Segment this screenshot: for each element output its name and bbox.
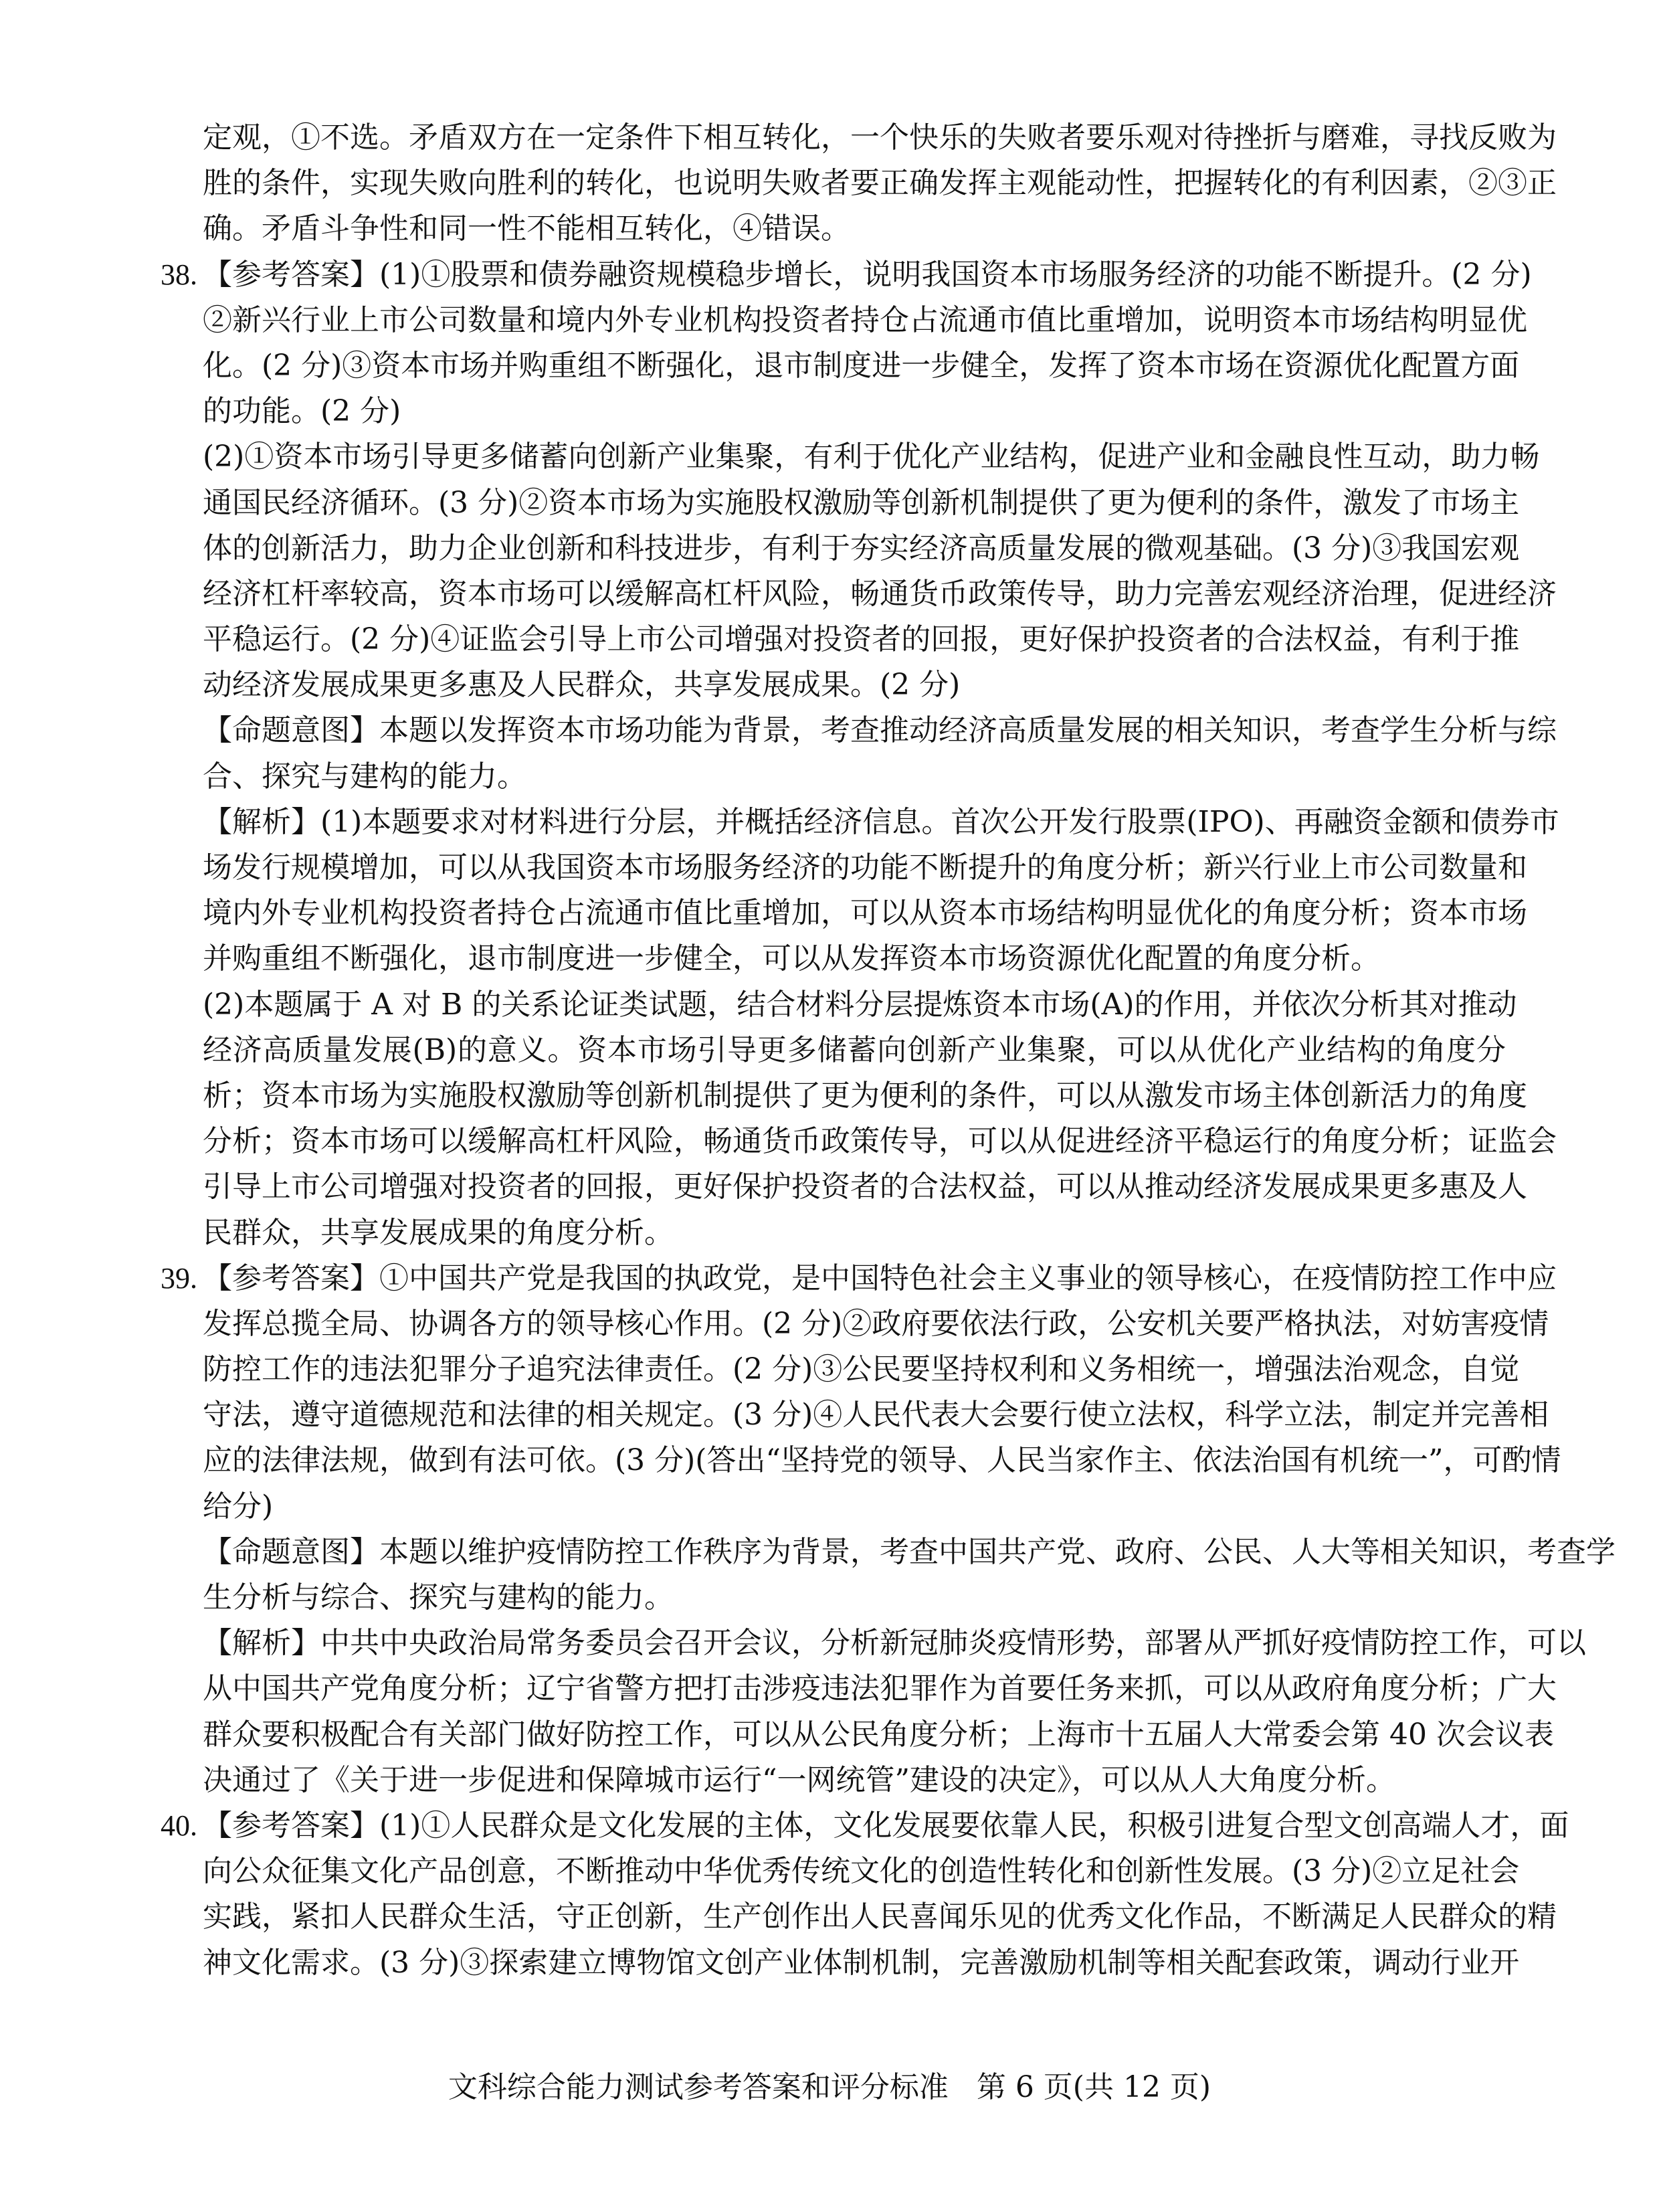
text-line: 定观，①不选。矛盾双方在一定条件下相互转化，一个快乐的失败者要乐观对待挫折与磨难…	[203, 115, 1506, 161]
text-line: 并购重组不断强化，退市制度进一步健全，可以从发挥资本市场资源优化配置的角度分析。	[203, 936, 1506, 982]
question-number: 38.	[161, 252, 197, 298]
intent-paragraph: 【命题意图】本题以维护疫情防控工作秩序为背景，考查中国共产党、政府、公民、人大等…	[203, 1530, 1506, 1621]
text-line: 通国民经济循环。(3 分)②资本市场为实施股权激励等创新机制提供了更为便利的条件…	[203, 480, 1506, 526]
text-line: 群众要积极配合有关部门做好防控工作，可以从公民角度分析；上海市十五届人大常委会第…	[203, 1712, 1506, 1758]
text-line: 给分)	[203, 1484, 1506, 1530]
footer-title: 文科综合能力测试参考答案和评分标准	[448, 2070, 949, 2104]
page-number: 第 6 页(共 12 页)	[977, 2070, 1211, 2104]
question-40: 40. 【参考答案】(1)①人民群众是文化发展的主体，文化发展要依靠人民，积极引…	[203, 1803, 1506, 1986]
text-line: 39. 【参考答案】①中国共产党是我国的执政党，是中国特色社会主义事业的领导核心…	[203, 1256, 1506, 1301]
document-page: 定观，①不选。矛盾双方在一定条件下相互转化，一个快乐的失败者要乐观对待挫折与磨难…	[0, 0, 1659, 2212]
text-line: 神文化需求。(3 分)③探索建立博物馆文创产业体制机制，完善激励机制等相关配套政…	[203, 1940, 1506, 1986]
text-line: 经济杠杆率较高，资本市场可以缓解高杠杆风险，畅通货币政策传导，助力完善宏观经济治…	[203, 571, 1506, 617]
answer-paragraph: 40. 【参考答案】(1)①人民群众是文化发展的主体，文化发展要依靠人民，积极引…	[203, 1803, 1506, 1986]
text-line: 守法，遵守道德规范和法律的相关规定。(3 分)④人民代表大会要行使立法权，科学立…	[203, 1392, 1506, 1438]
text-line: 合、探究与建构的能力。	[203, 754, 1506, 800]
answer-text: 【参考答案】①中国共产党是我国的执政党，是中国特色社会主义事业的领导核心，在疫情…	[203, 1261, 1557, 1295]
text-line: 【解析】(1)本题要求对材料进行分层，并概括经济信息。首次公开发行股票(IPO)…	[203, 800, 1506, 845]
text-line: 体的创新活力，助力企业创新和科技进步，有利于夯实经济高质量发展的微观基础。(3 …	[203, 526, 1506, 571]
text-line: 民群众，共享发展成果的角度分析。	[203, 1210, 1506, 1256]
text-line: 40. 【参考答案】(1)①人民群众是文化发展的主体，文化发展要依靠人民，积极引…	[203, 1803, 1506, 1849]
text-line: 决通过了《关于进一步促进和保障城市运行“一网统管”建设的决定》，可以从人大角度分…	[203, 1758, 1506, 1803]
text-line: 引导上市公司增强对投资者的回报，更好保护投资者的合法权益，可以从推动经济发展成果…	[203, 1164, 1506, 1210]
text-line: 生分析与综合、探究与建构的能力。	[203, 1575, 1506, 1621]
text-line: 确。矛盾斗争性和同一性不能相互转化，④错误。	[203, 206, 1506, 252]
page-footer: 文科综合能力测试参考答案和评分标准 第 6 页(共 12 页)	[0, 2067, 1659, 2108]
text-line: 经济高质量发展(B)的意义。资本市场引导更多储蓄向创新产业集聚，可以从优化产业结…	[203, 1028, 1506, 1073]
text-line: 化。(2 分)③资本市场并购重组不断强化，退市制度进一步健全，发挥了资本市场在资…	[203, 343, 1506, 389]
text-line: 【解析】中共中央政治局常务委员会召开会议，分析新冠肺炎疫情形势，部署从严抓好疫情…	[203, 1621, 1506, 1666]
answer-text: 【参考答案】(1)①人民群众是文化发展的主体，文化发展要依靠人民，积极引进复合型…	[203, 1809, 1569, 1843]
analysis-part2-paragraph: (2)本题属于 A 对 B 的关系论证类试题，结合材料分层提炼资本市场(A)的作…	[203, 982, 1506, 1256]
text-line: 动经济发展成果更多惠及人民群众，共享发展成果。(2 分)	[203, 662, 1506, 708]
text-line: 的功能。(2 分)	[203, 389, 1506, 434]
text-line: 从中国共产党角度分析；辽宁省警方把打击涉疫违法犯罪作为首要任务来抓，可以从政府角…	[203, 1666, 1506, 1712]
text-line: 发挥总揽全局、协调各方的领导核心作用。(2 分)②政府要依法行政，公安机关要严格…	[203, 1301, 1506, 1347]
analysis-paragraph: 【解析】中共中央政治局常务委员会召开会议，分析新冠肺炎疫情形势，部署从严抓好疫情…	[203, 1621, 1506, 1803]
text-line: (2)①资本市场引导更多储蓄向创新产业集聚，有利于优化产业结构，促进产业和金融良…	[203, 434, 1506, 480]
text-line: 境内外专业机构投资者持仓占流通市值比重增加，可以从资本市场结构明显优化的角度分析…	[203, 891, 1506, 936]
continuation-paragraph: 定观，①不选。矛盾双方在一定条件下相互转化，一个快乐的失败者要乐观对待挫折与磨难…	[203, 115, 1506, 252]
text-line: 向公众征集文化产品创意，不断推动中华优秀传统文化的创造性转化和创新性发展。(3 …	[203, 1849, 1506, 1894]
text-line: ②新兴行业上市公司数量和境内外专业机构投资者持仓占流通市值比重增加，说明资本市场…	[203, 298, 1506, 343]
text-line: 分析；资本市场可以缓解高杠杆风险，畅通货币政策传导，可以从促进经济平稳运行的角度…	[203, 1119, 1506, 1164]
document-body: 定观，①不选。矛盾双方在一定条件下相互转化，一个快乐的失败者要乐观对待挫折与磨难…	[203, 115, 1506, 1986]
question-number: 39.	[161, 1256, 197, 1301]
text-line: 防控工作的违法犯罪分子追究法律责任。(2 分)③公民要坚持权利和义务相统一，增强…	[203, 1347, 1506, 1392]
text-line: 应的法律法规，做到有法可依。(3 分)(答出“坚持党的领导、人民当家作主、依法治…	[203, 1438, 1506, 1483]
text-line: 38. 【参考答案】(1)①股票和债券融资规模稳步增长，说明我国资本市场服务经济…	[203, 252, 1506, 298]
text-line: 场发行规模增加，可以从我国资本市场服务经济的功能不断提升的角度分析；新兴行业上市…	[203, 845, 1506, 891]
text-line: 析；资本市场为实施股权激励等创新机制提供了更为便利的条件，可以从激发市场主体创新…	[203, 1073, 1506, 1119]
intent-paragraph: 【命题意图】本题以发挥资本市场功能为背景，考查推动经济高质量发展的相关知识，考查…	[203, 708, 1506, 799]
text-line: 胜的条件，实现失败向胜利的转化，也说明失败者要正确发挥主观能动性，把握转化的有利…	[203, 161, 1506, 206]
question-38: 38. 【参考答案】(1)①股票和债券融资规模稳步增长，说明我国资本市场服务经济…	[203, 252, 1506, 1256]
answer-paragraph: 38. 【参考答案】(1)①股票和债券融资规模稳步增长，说明我国资本市场服务经济…	[203, 252, 1506, 435]
text-line: 实践，紧扣人民群众生活，守正创新，生产创作出人民喜闻乐见的优秀文化作品，不断满足…	[203, 1894, 1506, 1940]
text-line: 【命题意图】本题以发挥资本市场功能为背景，考查推动经济高质量发展的相关知识，考查…	[203, 708, 1506, 753]
question-number: 40.	[161, 1803, 197, 1849]
text-line: 平稳运行。(2 分)④证监会引导上市公司增强对投资者的回报，更好保护投资者的合法…	[203, 617, 1506, 662]
answer-paragraph: 39. 【参考答案】①中国共产党是我国的执政党，是中国特色社会主义事业的领导核心…	[203, 1256, 1506, 1530]
answer-part2-paragraph: (2)①资本市场引导更多储蓄向创新产业集聚，有利于优化产业结构，促进产业和金融良…	[203, 434, 1506, 708]
analysis-paragraph: 【解析】(1)本题要求对材料进行分层，并概括经济信息。首次公开发行股票(IPO)…	[203, 800, 1506, 982]
text-line: (2)本题属于 A 对 B 的关系论证类试题，结合材料分层提炼资本市场(A)的作…	[203, 982, 1506, 1028]
answer-text: 【参考答案】(1)①股票和债券融资规模稳步增长，说明我国资本市场服务经济的功能不…	[203, 258, 1532, 292]
question-39: 39. 【参考答案】①中国共产党是我国的执政党，是中国特色社会主义事业的领导核心…	[203, 1256, 1506, 1803]
text-line: 【命题意图】本题以维护疫情防控工作秩序为背景，考查中国共产党、政府、公民、人大等…	[203, 1530, 1506, 1575]
